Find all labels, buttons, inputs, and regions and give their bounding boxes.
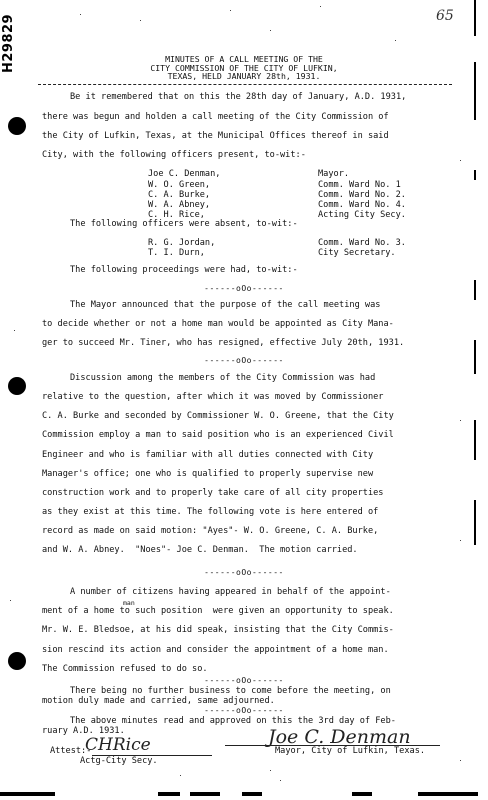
scan-edge-mark: [418, 792, 478, 796]
officer-name: T. I. Durn,: [148, 248, 205, 258]
title-divider: [38, 84, 452, 85]
text-line: The Commission refused to do so.: [42, 664, 208, 674]
text-line: relative to the question, after which it…: [42, 392, 383, 402]
scan-speckle: [270, 770, 271, 771]
punch-hole: [8, 652, 26, 670]
absent-intro: The following officers were absent, to-w…: [70, 219, 298, 229]
text-line: City, with the following officers presen…: [42, 150, 306, 160]
scan-speckle: [460, 760, 461, 761]
scan-speckle: [280, 780, 281, 781]
scan-edge-mark: [0, 792, 55, 796]
officer-name: R. G. Jordan,: [148, 238, 215, 248]
text-line: The above minutes read and approved on t…: [70, 716, 396, 726]
text-line: Engineer and who is familiar with all du…: [42, 450, 373, 460]
text-line: record as made on said motion: "Ayes"- W…: [42, 526, 378, 536]
text-line: Commission employ a man to said position…: [42, 430, 394, 440]
text-line: construction work and to properly take c…: [42, 488, 383, 498]
text-line: Discussion among the members of the City…: [70, 373, 375, 383]
scan-edge-mark: [474, 0, 476, 36]
officer-name: W. A. Abney,: [148, 200, 210, 210]
officer-name: C. A. Burke,: [148, 190, 210, 200]
text-line: Be it remembered that on this the 28th d…: [70, 92, 406, 102]
section-separator: ------oOo------: [0, 568, 488, 577]
text-line: ment of a home to such position were giv…: [42, 606, 394, 616]
officer-title: Comm. Ward No. 3.: [318, 238, 406, 248]
scan-speckle: [395, 40, 396, 41]
text-line: A number of citizens having appeared in …: [70, 587, 391, 597]
section-separator: ------oOo------: [0, 706, 488, 715]
title-line: TEXAS, HELD JANUARY 28th, 1931.: [0, 72, 488, 81]
scan-edge-mark: [190, 792, 220, 796]
officer-name: W. O. Green,: [148, 180, 210, 190]
minutes-title: MINUTES OF A CALL MEETING OF THE CITY CO…: [0, 55, 488, 81]
text-line: Manager's office; one who is qualified t…: [42, 469, 373, 479]
officer-title: City Secretary.: [318, 248, 396, 258]
text-line: motion duly made and carried, same adjou…: [42, 696, 275, 706]
scan-speckle: [80, 14, 81, 15]
scan-speckle: [14, 330, 15, 331]
text-line: the City of Lufkin, Texas, at the Munici…: [42, 131, 389, 141]
corner-annotation: 65: [436, 8, 454, 24]
text-line: The Mayor announced that the purpose of …: [70, 300, 380, 310]
officer-title: Comm. Ward No. 1: [318, 180, 401, 190]
mayor-title: Mayor, City of Lufkin, Texas.: [275, 746, 425, 756]
scan-speckle: [320, 6, 321, 7]
document-page: H29829 65 MINUTES OF A CALL MEETING OF T…: [0, 0, 488, 800]
text-line: sion rescind its action and consider the…: [42, 645, 389, 655]
section-separator: ------oOo------: [0, 284, 488, 293]
secretary-signature: CHRice: [85, 735, 151, 755]
scan-speckle: [10, 600, 11, 601]
scan-speckle: [270, 30, 271, 31]
scan-edge-mark: [242, 792, 262, 796]
officer-title: Acting City Secy.: [318, 210, 406, 220]
scan-speckle: [460, 420, 461, 421]
scan-edge-mark: [474, 170, 476, 180]
scan-speckle: [230, 10, 231, 11]
scan-edge-mark: [474, 500, 476, 545]
scan-speckle: [460, 540, 461, 541]
section-separator: ------oOo------: [0, 356, 488, 365]
text-line: C. A. Burke and seconded by Commissioner…: [42, 411, 394, 421]
text-line: Mr. W. E. Bledsoe, at his did speak, ins…: [42, 625, 394, 635]
scan-edge-mark: [352, 792, 372, 796]
text-line: ger to succeed Mr. Tiner, who has resign…: [42, 338, 404, 348]
scan-edge-mark: [474, 100, 476, 120]
officer-title: Mayor.: [318, 169, 349, 179]
text-line: there was begun and holden a call meetin…: [42, 112, 389, 122]
scan-edge-mark: [158, 792, 180, 796]
punch-hole: [8, 377, 26, 395]
scan-edge-mark: [474, 420, 476, 460]
officer-title: Comm. Ward No. 2.: [318, 190, 406, 200]
text-line: as they exist at this time. The followin…: [42, 507, 378, 517]
scan-speckle: [460, 160, 461, 161]
secretary-title: Actg-City Secy.: [80, 756, 158, 766]
section-separator: ------oOo------: [0, 676, 488, 685]
officer-name: Joe C. Denman,: [148, 169, 220, 179]
text-line: There being no further business to come …: [70, 686, 391, 696]
proceedings-intro: The following proceedings were had, to-w…: [70, 265, 298, 275]
punch-hole: [8, 117, 26, 135]
officer-title: Comm. Ward No. 4.: [318, 200, 406, 210]
scan-speckle: [140, 20, 141, 21]
scan-speckle: [180, 775, 181, 776]
text-line: to decide whether or not a home man woul…: [42, 319, 394, 329]
text-line: and W. A. Abney. "Noes"- Joe C. Denman. …: [42, 545, 358, 555]
